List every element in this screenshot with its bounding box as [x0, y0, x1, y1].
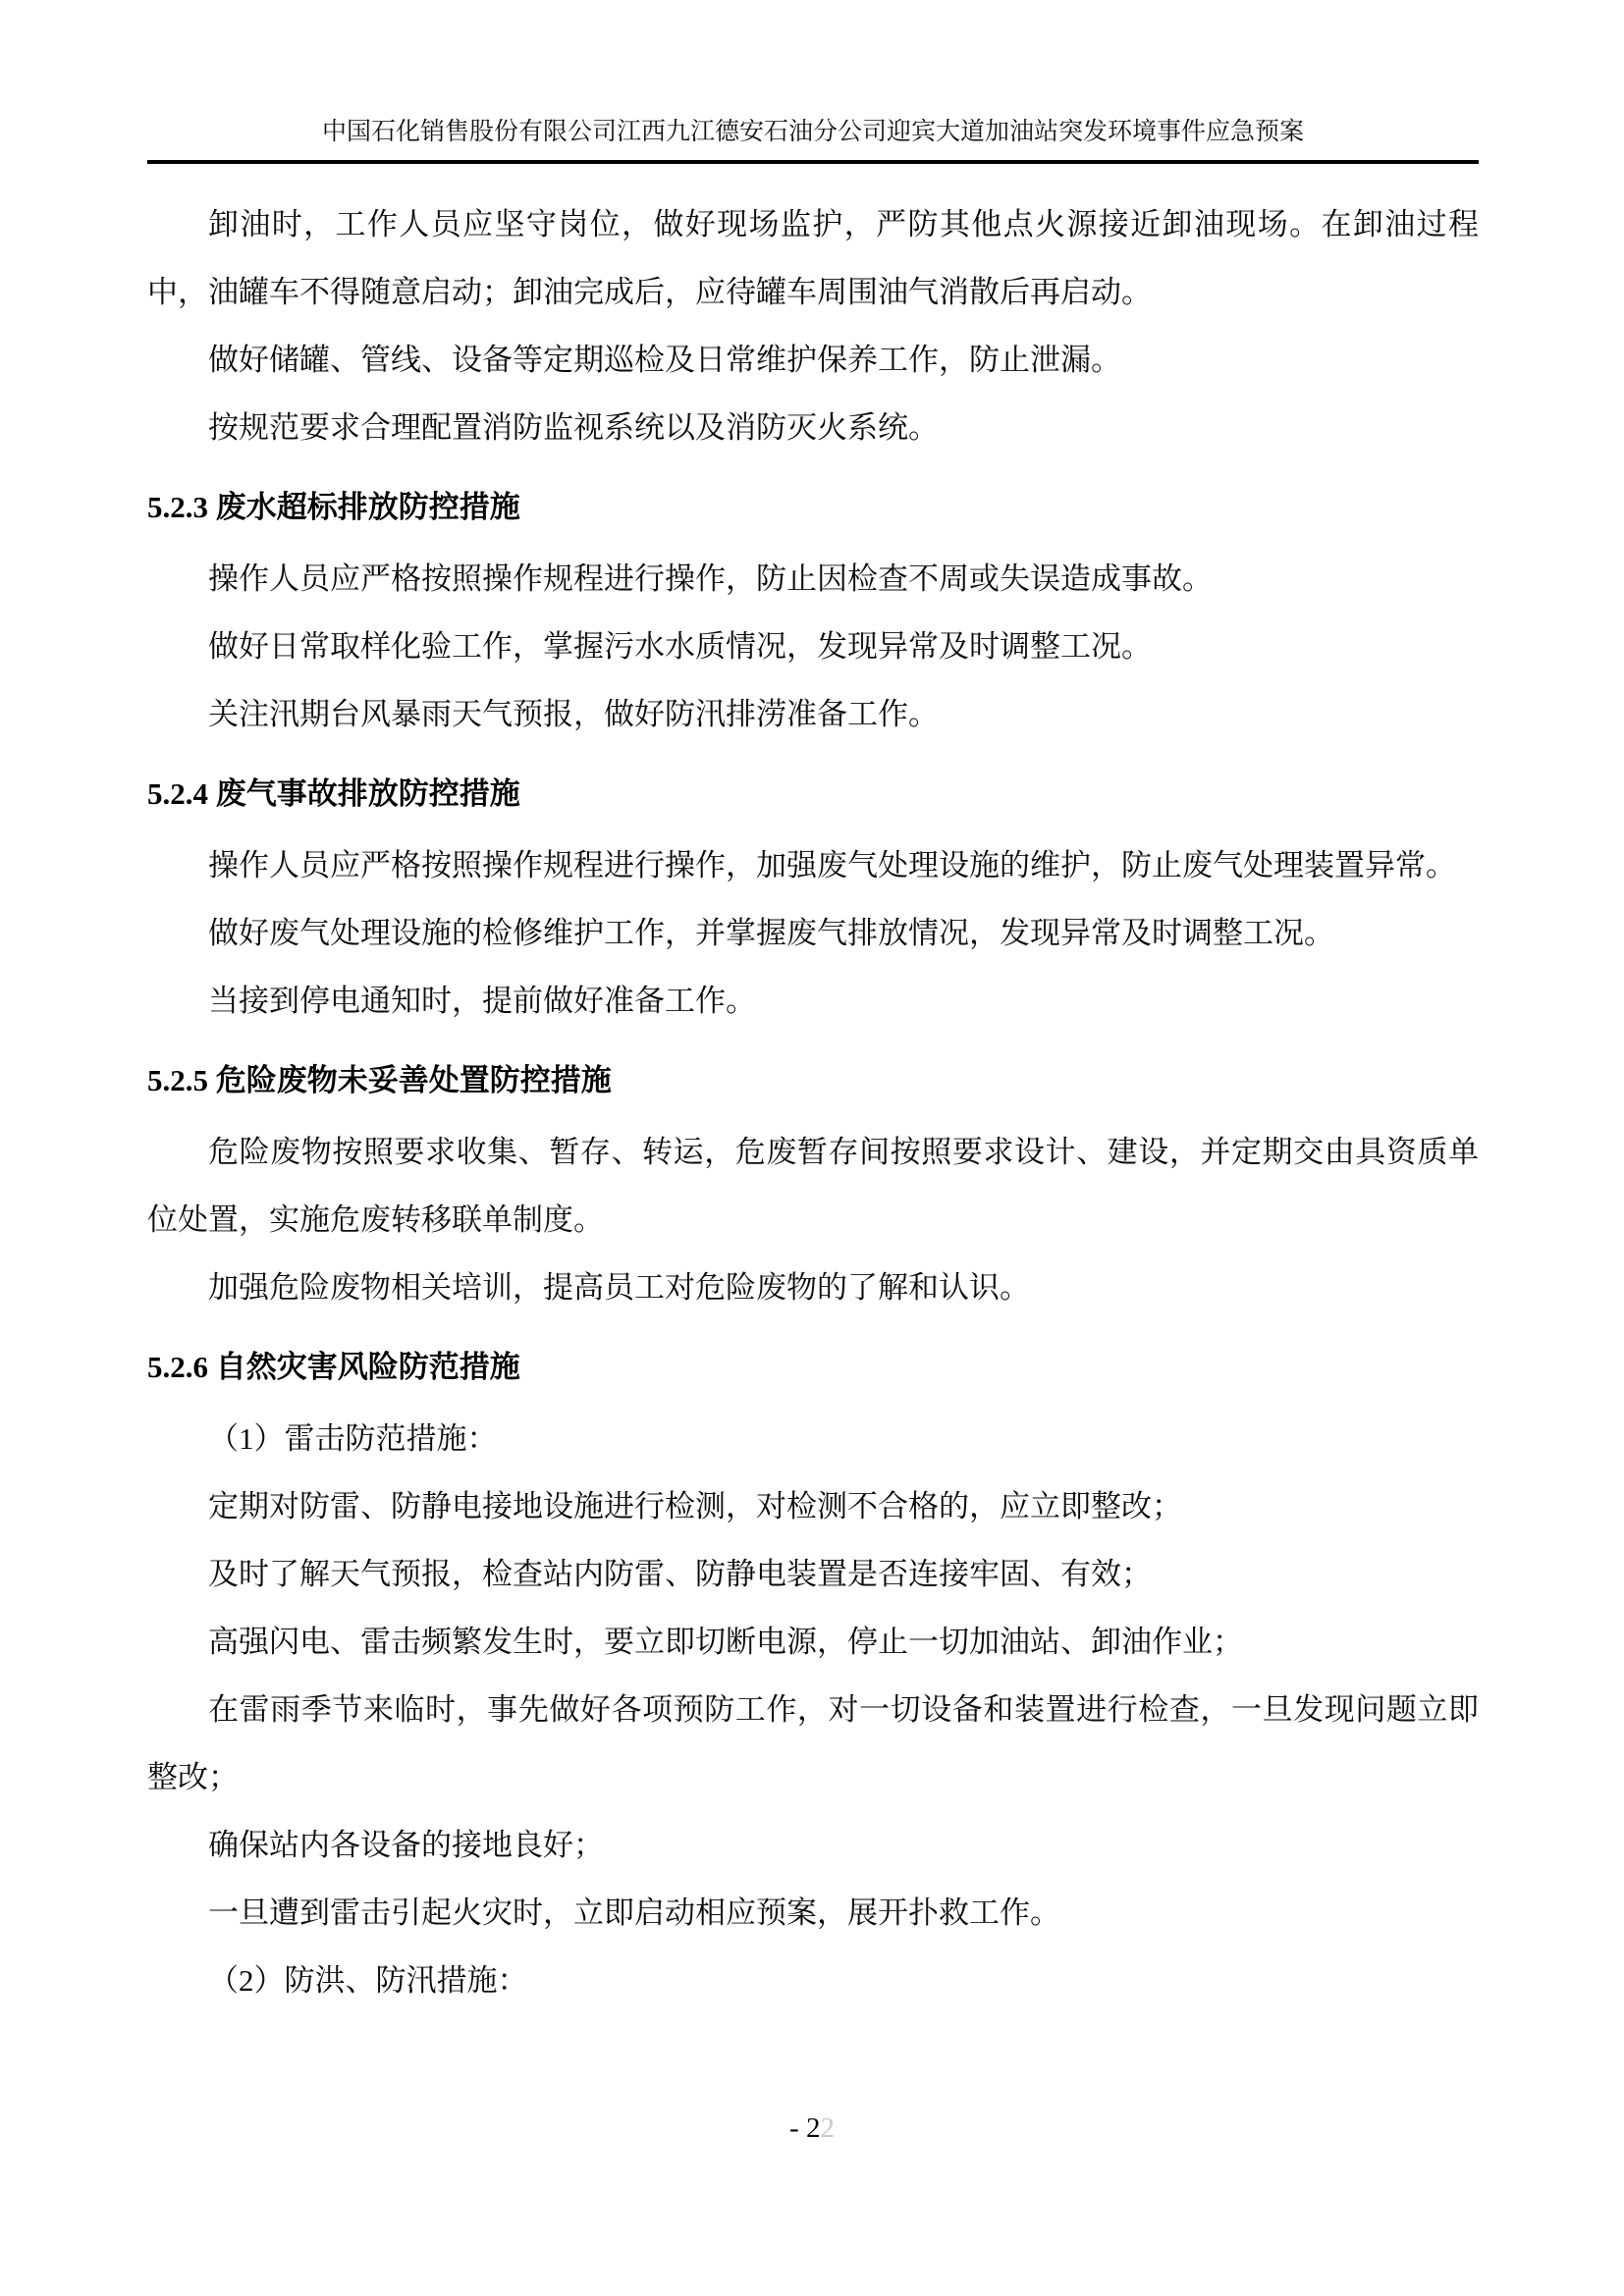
paragraph-power-outage: 当接到停电通知时，提前做好准备工作。: [147, 967, 1479, 1035]
paragraph-equipment-ground: 确保站内各设备的接地良好；: [147, 1811, 1479, 1879]
page-footer: - 22: [0, 2109, 1624, 2148]
paragraph-gas-treatment: 操作人员应严格按照操作规程进行操作，加强废气处理设施的维护，防止废气处理装置异常…: [147, 831, 1479, 899]
section-heading-5-2-6: 5.2.6 自然灾害风险防范措施: [147, 1333, 1479, 1401]
document-page: 中国石化销售股份有限公司江西九江德安石油分公司迎宾大道加油站突发环境事件应急预案…: [0, 0, 1624, 2296]
paragraph-grounding-check: 定期对防雷、防静电接地设施进行检测，对检测不合格的，应立即整改；: [147, 1472, 1479, 1540]
paragraph-fire-systems: 按规范要求合理配置消防监视系统以及消防灭火系统。: [147, 394, 1479, 461]
page-header-title: 中国石化销售股份有限公司江西九江德安石油分公司迎宾大道加油站突发环境事件应急预案: [147, 119, 1479, 164]
paragraph-unloading-oil: 卸油时，工作人员应坚守岗位，做好现场监护，严防其他点火源接近卸油现场。在卸油过程…: [147, 190, 1479, 326]
section-heading-5-2-4: 5.2.4 废气事故排放防控措施: [147, 760, 1479, 828]
paragraph-gas-maintenance: 做好废气处理设施的检修维护工作，并掌握废气排放情况，发现异常及时调整工况。: [147, 899, 1479, 967]
paragraph-weather-check: 及时了解天气预报，检查站内防雷、防静电装置是否连接牢固、有效；: [147, 1540, 1479, 1608]
paragraph-storm-season: 在雷雨季节来临时，事先做好各项预防工作，对一切设备和装置进行检查，一旦发现问题立…: [147, 1676, 1479, 1811]
paragraph-flood-forecast: 关注汛期台风暴雨天气预报，做好防汛排涝准备工作。: [147, 680, 1479, 748]
paragraph-lightning-title: （1）雷击防范措施：: [147, 1405, 1479, 1472]
paragraph-flood-title: （2）防洪、防汛措施：: [147, 1947, 1479, 2014]
paragraph-operating-rules: 操作人员应严格按照操作规程进行操作，防止因检查不周或失误造成事故。: [147, 545, 1479, 613]
paragraph-sampling-tests: 做好日常取样化验工作，掌握污水水质情况，发现异常及时调整工况。: [147, 613, 1479, 680]
paragraph-lightning-fire: 一旦遭到雷击引起火灾时，立即启动相应预案，展开扑救工作。: [147, 1879, 1479, 1947]
section-heading-5-2-3: 5.2.3 废水超标排放防控措施: [147, 473, 1479, 541]
paragraph-waste-training: 加强危险废物相关培训，提高员工对危险废物的了解和认识。: [147, 1254, 1479, 1321]
paragraph-cut-power: 高强闪电、雷击频繁发生时，要立即切断电源，停止一切加油站、卸油作业；: [147, 1608, 1479, 1676]
paragraph-tank-inspection: 做好储罐、管线、设备等定期巡检及日常维护保养工作，防止泄漏。: [147, 326, 1479, 394]
document-body: 卸油时，工作人员应坚守岗位，做好现场监护，严防其他点火源接近卸油现场。在卸油过程…: [147, 190, 1479, 2014]
paragraph-hazardous-waste: 危险废物按照要求收集、暂存、转运，危废暂存间按照要求设计、建设，并定期交由具资质…: [147, 1118, 1479, 1254]
page-number-faint-digit: 2: [820, 2112, 835, 2144]
page-number: - 2: [789, 2112, 820, 2144]
section-heading-5-2-5: 5.2.5 危险废物未妥善处置防控措施: [147, 1046, 1479, 1114]
